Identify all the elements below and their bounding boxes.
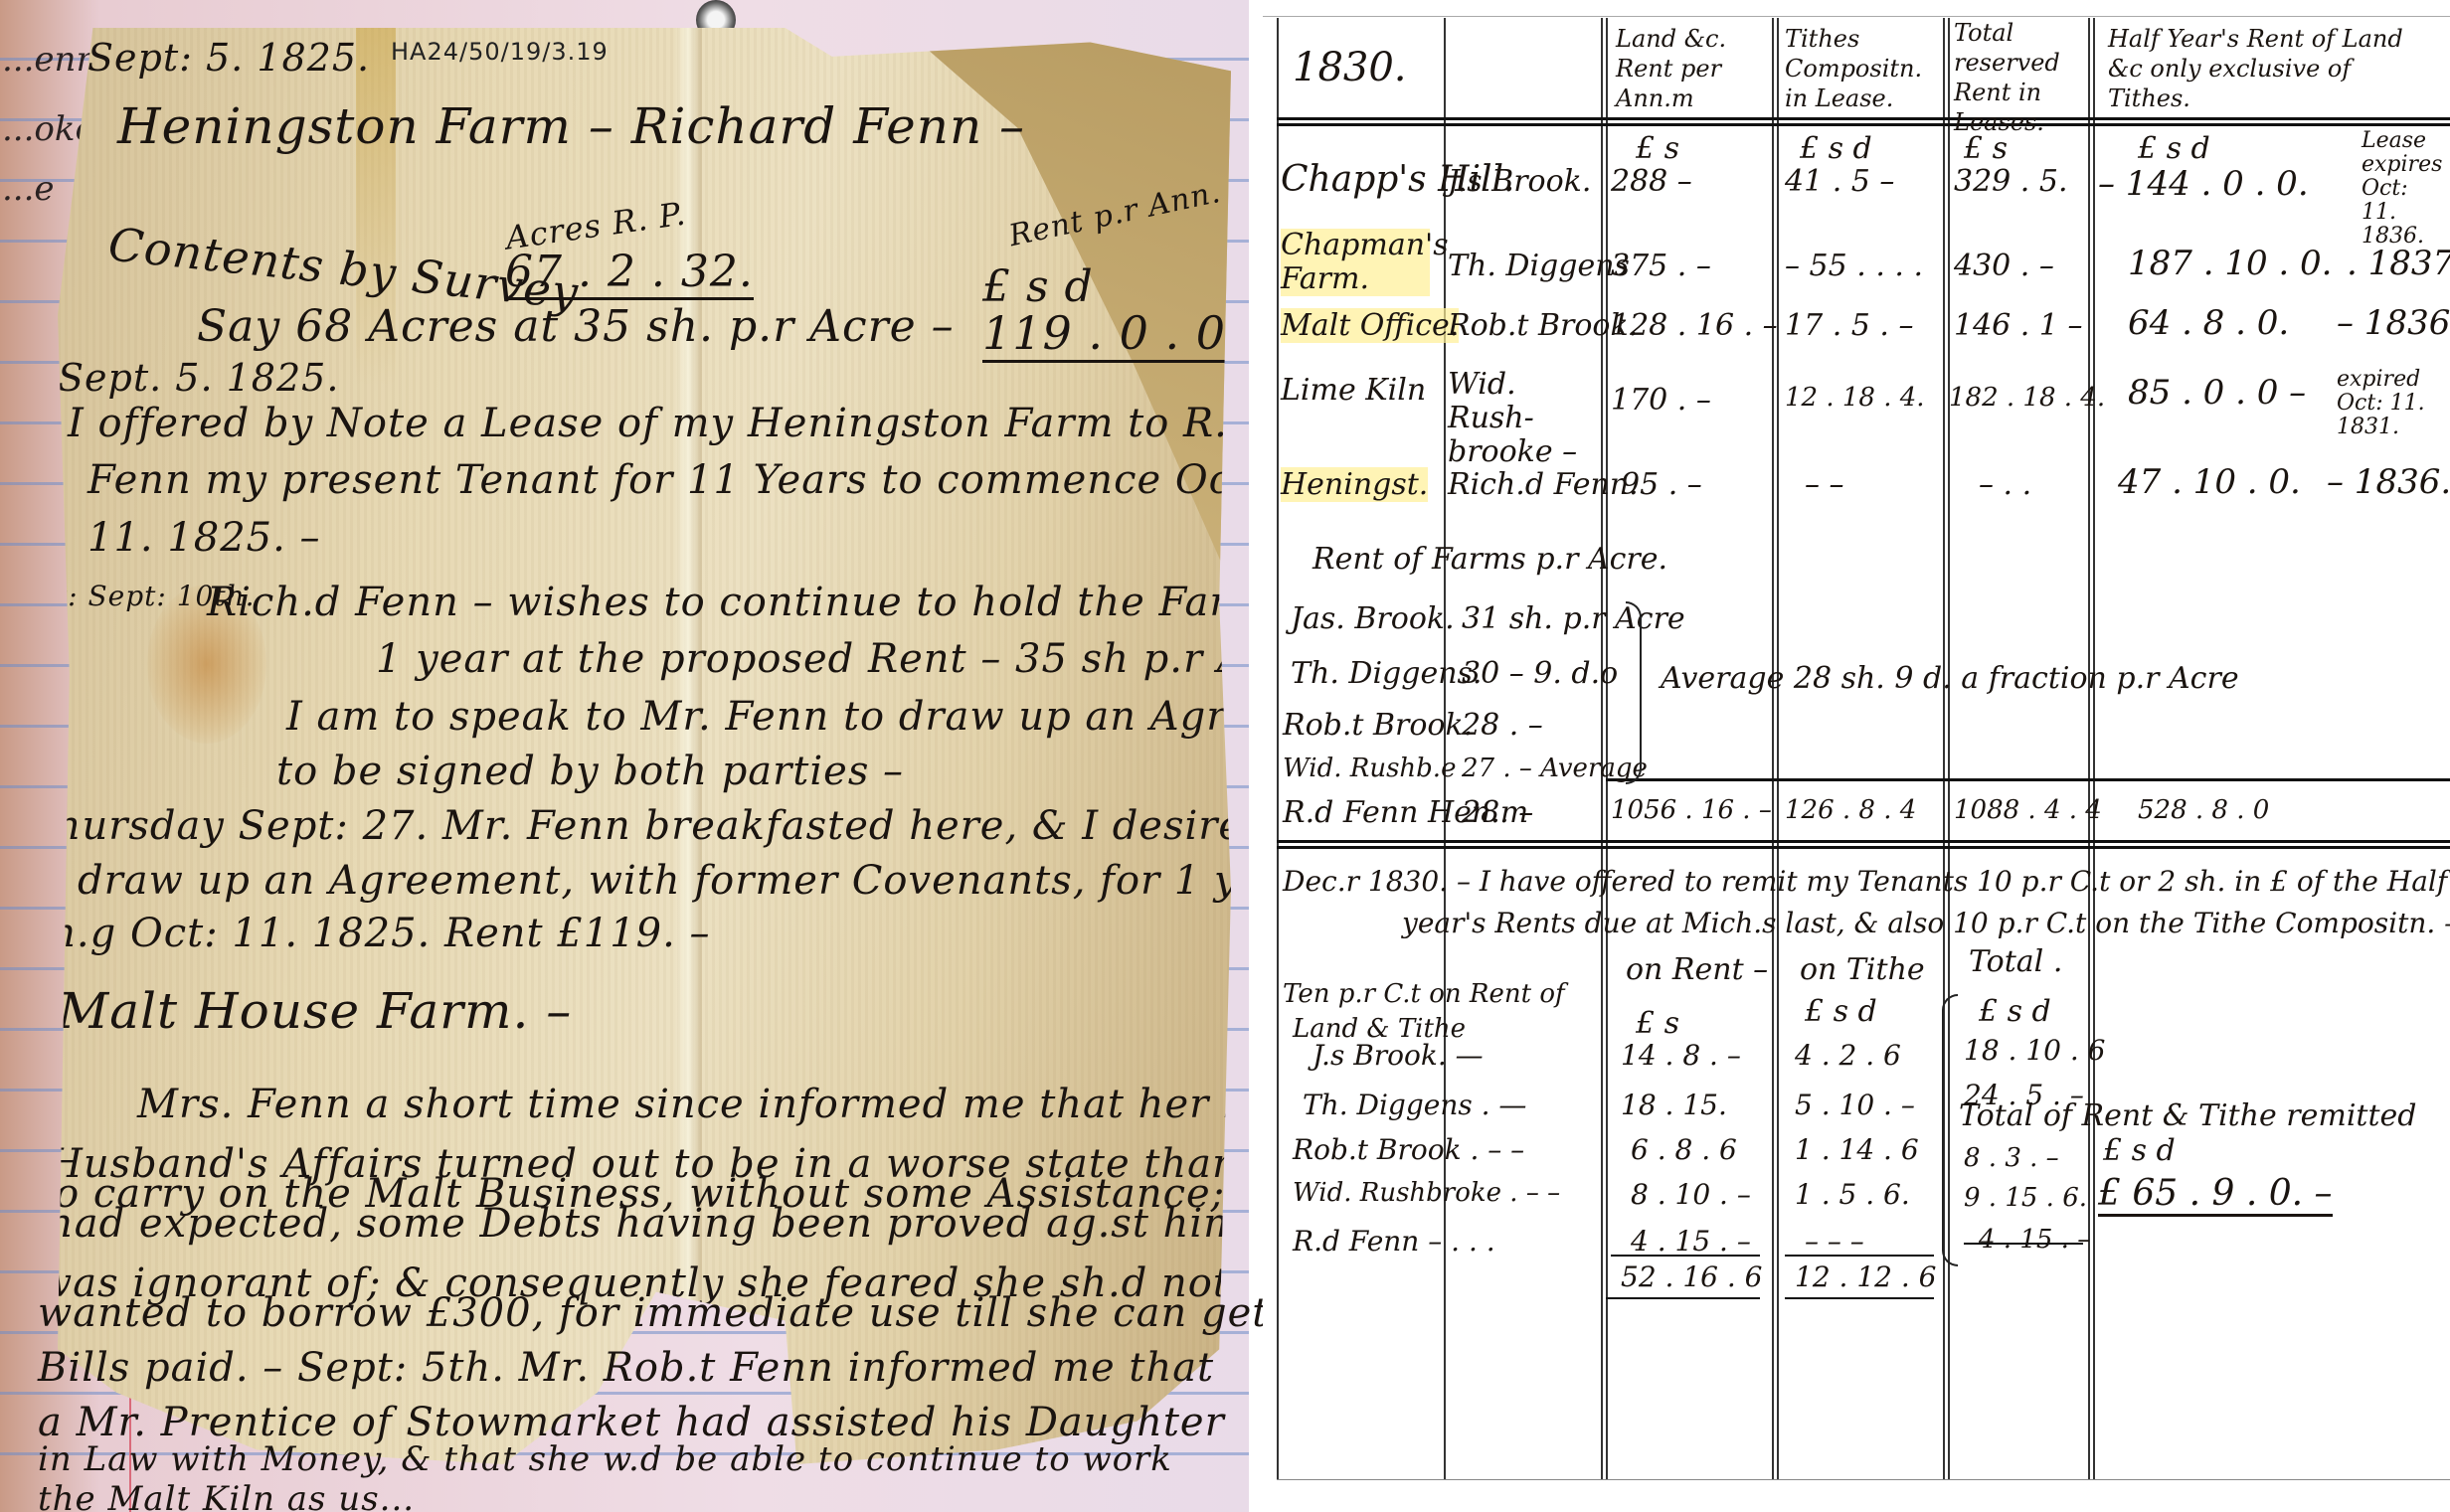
- tithe-remitted: 5 . 10 . –: [1795, 1089, 1915, 1121]
- half-year-value: 85 . 0 . 0 –: [2128, 373, 2306, 413]
- farm-name: Lime Kiln: [1281, 373, 1426, 408]
- top-edge: [1263, 16, 2450, 17]
- date-heading-2: Sept. 5. 1825.: [58, 356, 339, 400]
- paragraph-line: draw up an Agreement, with former Covena…: [78, 858, 1249, 904]
- tithes-value: – 55 . . . .: [1785, 249, 1923, 283]
- units-rent: £ s: [1636, 1006, 1679, 1041]
- paragraph-line: I offered by Note a Lease of my Heningst…: [68, 401, 1249, 446]
- acre-rate-value: 28 . –: [1462, 708, 1543, 743]
- half-year-value: 64 . 8 . 0.: [2128, 303, 2289, 343]
- units-half: £ s d: [2138, 131, 2210, 166]
- tenant-name: Th. Diggens . —: [1303, 1089, 1526, 1121]
- header-rent: Land &c. Rent per Ann.m: [1616, 24, 1765, 113]
- total-value: 329 . 5.: [1954, 164, 2068, 199]
- acre-rate-value: 28. –: [1462, 795, 1533, 830]
- rent-remitted: 8 . 10 . –: [1631, 1178, 1751, 1211]
- rent-value: 170 . –: [1611, 383, 1711, 418]
- paragraph-line: m.g Oct: 11. 1825. Rent £119. –: [38, 911, 711, 956]
- rent-value: 375 . –: [1611, 249, 1711, 283]
- lease-expiry: . 1837.: [2347, 244, 2450, 283]
- tenant-name: Wid. Rush- brooke –: [1448, 368, 1597, 469]
- total-tithes: 126 . 8 . 4: [1785, 795, 1916, 825]
- tenant-name: J.s Brook.: [1448, 164, 1591, 199]
- rent-per-acre-title: Rent of Farms p.r Acre.: [1312, 542, 1667, 577]
- column-rule: [2088, 18, 2095, 1479]
- units-rent: £ s: [1636, 131, 1679, 166]
- column-rule: [1772, 18, 1779, 1479]
- half-year-value: 187 . 10 . 0.: [2128, 244, 2332, 283]
- page-fold: [674, 28, 702, 1464]
- date-heading: Sept: 5. 1825.: [87, 36, 370, 80]
- say-line: Say 68 Acres at 35 sh. p.r Acre –: [197, 301, 955, 352]
- sum-rule: [1785, 1255, 1934, 1257]
- total-value: 182 . 18 . 4.: [1949, 383, 2105, 413]
- acre-rate-value: 30 – 9. d.o: [1462, 656, 1618, 691]
- remission-label: Ten p.r C.t on Rent of: [1283, 979, 1565, 1009]
- paragraph-line: 1 year at the proposed Rent – 35 sh p.r …: [376, 636, 1249, 682]
- sum-rule: [1611, 1255, 1760, 1257]
- lease-note: Lease expires Oct: 11. 1836.: [2362, 129, 2446, 249]
- half-year-value: 47 . 10 . 0.: [2118, 462, 2301, 502]
- rent-value: 128 . 16 . –: [1611, 308, 1778, 343]
- half-year-value: – 144 . 0 . 0.: [2098, 164, 2309, 204]
- total-remitted: 18 . 10 . 6: [1964, 1034, 2105, 1067]
- grand-total-units: £ s d: [2103, 1133, 2176, 1168]
- lsd-header: £ s d: [982, 261, 1094, 312]
- total-value: 146 . 1 –: [1954, 308, 2083, 343]
- sum-rule: [1785, 1297, 1934, 1299]
- remitted-total-note: Total of Rent & Tithe remitted: [1959, 1098, 2417, 1133]
- manuscript-photo: ...enme ...oker ...e Sept: 5. 1825. HA24…: [0, 0, 1249, 1512]
- paragraph-line: was ignorant of; & consequently she fear…: [38, 1260, 1249, 1306]
- rent-value: 95 . –: [1621, 467, 1702, 502]
- tithe-remitted: 4 . 2 . 6: [1795, 1039, 1901, 1072]
- header-rule: [1277, 117, 2450, 126]
- acre-rate-name: Rob.t Brook.: [1283, 708, 1473, 743]
- paragraph-line: Mrs. Fenn a short time since informed me…: [137, 1082, 1249, 1127]
- remission-col-total: Total .: [1969, 944, 2062, 979]
- tenant-name: R.d Fenn – . . .: [1293, 1225, 1495, 1258]
- average-note: Average 28 sh. 9 d. a fraction p.r Acre: [1661, 661, 2239, 696]
- grand-total-remitted: £ 65 . 9 . 0. –: [2098, 1173, 2333, 1217]
- bottom-edge: [1277, 1479, 2450, 1480]
- lease-expiry: – 1836.: [2337, 303, 2450, 343]
- section-rule: [1277, 840, 2450, 849]
- ledger-border-left: [1277, 18, 1279, 1479]
- acre-rate-value: 27 . – Average: [1462, 754, 1648, 783]
- acre-rate-value: 31 sh. p.r Acre: [1462, 601, 1685, 636]
- farm-name: Chapman's Farm.: [1281, 229, 1430, 296]
- tithes-value: 12 . 18 . 4.: [1785, 383, 1925, 413]
- tithes-value: – –: [1805, 467, 1844, 502]
- sum-rent-remitted: 52 . 16 . 6: [1621, 1260, 1762, 1293]
- tithe-remitted: – – –: [1805, 1225, 1864, 1258]
- brace: [1942, 994, 1958, 1266]
- rent-remitted: 6 . 8 . 6: [1631, 1133, 1737, 1166]
- header-total: Total reserved Rent in Leases.: [1954, 18, 2083, 137]
- paragraph-line: Fenn my present Tenant for 11 Years to c…: [87, 457, 1249, 503]
- paragraph-line: to be signed by both parties –: [276, 749, 904, 794]
- sum-rule: [1606, 1297, 1760, 1299]
- total-reserved: 1088 . 4 . 4: [1954, 795, 2102, 825]
- lease-expiry: expired Oct: 11. 1831.: [2337, 368, 2446, 439]
- total-rent: 1056 . 16 . –: [1611, 795, 1772, 825]
- tenant-name: Rich.d Fenn.: [1448, 467, 1639, 502]
- sum-tithe-remitted: 12 . 12 . 6: [1795, 1260, 1936, 1293]
- rent-remitted: 4 . 15 . –: [1631, 1225, 1751, 1258]
- paragraph-line: to carry on the Malt Business, without s…: [38, 1171, 1249, 1217]
- units-tithes: £ s d: [1800, 131, 1872, 166]
- paragraph-line: Thursday Sept: 27. Mr. Fenn breakfasted …: [28, 803, 1249, 849]
- total-value: – . .: [1979, 467, 2031, 502]
- tithes-value: 17 . 5 . –: [1785, 308, 1913, 343]
- farm-name: Malt Office.: [1281, 308, 1459, 343]
- archive-reference: HA24/50/19/3.19: [391, 38, 609, 66]
- rent-remitted: 18 . 15.: [1621, 1089, 1727, 1121]
- ledger-scan: 1830. Land &c. Rent per Ann.m Tithes Com…: [1263, 0, 2450, 1512]
- acre-rate-name: Th. Diggens.: [1291, 656, 1482, 691]
- total-value: 430 . –: [1954, 249, 2054, 283]
- tenant-name: Rob.t Brook.: [1448, 308, 1638, 343]
- say-value: 119 . 0 . 0.: [982, 306, 1242, 363]
- tithe-remitted: 1 . 14 . 6: [1795, 1133, 1919, 1166]
- units-tithe: £ s d: [1805, 994, 1877, 1029]
- totals-rule: [1606, 778, 2450, 781]
- parchment-page: Sept: 5. 1825. HA24/50/19/3.19 Heningsto…: [58, 28, 1231, 1464]
- paragraph-line: 11. 1825. –: [87, 515, 321, 561]
- contents-value: 67 . 2 . 32.: [505, 247, 754, 300]
- tenant-name: J.s Brook. —: [1312, 1039, 1484, 1072]
- tenant-name: Th. Diggens: [1448, 249, 1630, 283]
- malt-house-heading: Malt House Farm. –: [58, 982, 572, 1040]
- total-remitted: 8 . 3 . –: [1964, 1143, 2059, 1173]
- rent-value: 288 –: [1611, 164, 1692, 199]
- column-rule: [1601, 18, 1608, 1479]
- brace: [1626, 601, 1642, 784]
- tithes-value: 41 . 5 –: [1785, 164, 1894, 199]
- remission-note: year's Rents due at Mich.s last, & also …: [1402, 907, 2450, 939]
- rent-remitted: 14 . 8 . –: [1621, 1039, 1741, 1072]
- total-half-year: 528 . 8 . 0: [2138, 795, 2269, 825]
- sum-rule: [1964, 1243, 2083, 1245]
- paragraph-line: Rich.d Fenn – wishes to continue to hold…: [207, 580, 1249, 625]
- acre-rate-name: Jas. Brook.: [1291, 601, 1455, 636]
- farm-name: Heningst.: [1281, 467, 1428, 502]
- lease-expiry: – 1836.: [2327, 462, 2450, 502]
- total-remitted: 4 . 15 . –: [1979, 1225, 2090, 1255]
- ledger-year: 1830.: [1293, 45, 1407, 90]
- remission-col-tithe: on Tithe: [1800, 952, 1925, 987]
- document-title: Heningston Farm – Richard Fenn –: [117, 97, 1025, 155]
- units-total: £ s: [1964, 131, 2008, 166]
- units-total: £ s d: [1979, 994, 2051, 1029]
- acre-rate-name: Wid. Rushb.e: [1283, 754, 1456, 783]
- paragraph-line: I am to speak to Mr. Fenn to draw up an …: [286, 694, 1249, 740]
- background-note: ...e: [2, 169, 55, 209]
- tenant-name: Wid. Rushbroke . – –: [1293, 1178, 1560, 1208]
- tenant-name: Rob.t Brook . – –: [1293, 1133, 1524, 1166]
- remission-col-rent: on Rent –: [1626, 952, 1768, 987]
- remission-note: Dec.r 1830. – I have offered to remit my…: [1283, 865, 2447, 898]
- header-half-year: Half Year's Rent of Land &c only exclusi…: [2108, 24, 2436, 113]
- header-tithes: Tithes Compositn. in Lease.: [1785, 24, 1934, 113]
- total-remitted: 9 . 15 . 6.: [1964, 1183, 2087, 1213]
- tithe-remitted: 1 . 5 . 6.: [1795, 1178, 1910, 1211]
